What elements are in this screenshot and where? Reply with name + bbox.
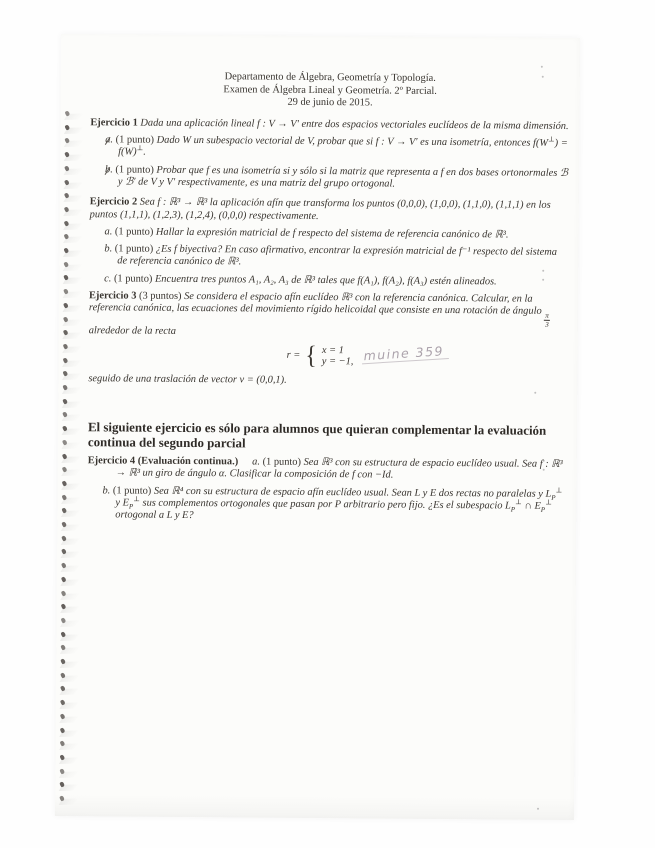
spiral-hole-mark — [59, 754, 64, 760]
item-points: (1 punto) — [113, 485, 151, 496]
spiral-hole-mark — [65, 111, 70, 117]
exercise3-formula-row: r = { x = 1 y = −1, muine 359 — [88, 343, 567, 374]
item-marker: c. — [104, 273, 111, 285]
spiral-hole-mark — [63, 343, 68, 349]
spiral-hole-mark — [62, 439, 67, 445]
exercise4-label: Ejercicio 4 (Evaluación continua.) — [88, 455, 239, 467]
exercise3-intro: Ejercicio 3 (3 puntos) Se considera el e… — [89, 290, 568, 341]
scanned-exam-page: Departamento de Álgebra, Geometría y Top… — [55, 34, 580, 820]
exercise2-item-c: c. (1 punto) Encuentra tres puntos A₁, A… — [104, 273, 568, 289]
spiral-hole-mark — [62, 412, 67, 418]
spiral-hole-mark — [62, 398, 67, 404]
spiral-hole-mark — [61, 535, 66, 541]
exercise2-intro: Ejercicio 2 Sea f : ℝ³ → ℝ³ la aplicació… — [90, 196, 569, 224]
equation-line-1: x = 1 — [322, 345, 354, 357]
scan-artifact-dot — [541, 66, 543, 68]
exercise1-label: Ejercicio 1 — [90, 117, 138, 128]
spiral-hole-mark — [63, 357, 68, 363]
handwritten-note: muine 359 — [361, 345, 448, 365]
spiral-hole-mark — [64, 124, 69, 130]
item-text: Encuentra tres puntos A₁, A₂, A₃ de ℝ³ t… — [155, 273, 497, 287]
scan-artifacts — [61, 34, 580, 38]
item-text: Hallar la expresión matricial de f respe… — [156, 227, 509, 241]
spiral-hole-mark — [60, 631, 65, 637]
item-points: (1 punto) — [114, 273, 152, 284]
exercise4-intro: Ejercicio 4 (Evaluación continua.)a. (1 … — [88, 455, 567, 483]
exercise1-statement: Dada una aplicación lineal f : V → V′ en… — [140, 117, 568, 131]
exercise4-item-b: b. (1 punto) Sea ℝ⁴ con su estructura de… — [102, 485, 566, 526]
spiral-hole-mark — [60, 700, 65, 706]
item-marker: b. — [104, 243, 112, 255]
item-marker: a. — [252, 456, 260, 468]
brace-icon: { — [305, 343, 317, 369]
spiral-hole-mark — [61, 521, 66, 527]
spiral-hole-mark — [59, 782, 64, 788]
spiral-hole-mark — [61, 549, 66, 555]
spiral-hole-mark — [64, 206, 69, 212]
exercise2-item-b: b. (1 punto) ¿Es f biyectiva? En caso af… — [104, 243, 568, 271]
spiral-hole-mark — [63, 275, 68, 281]
spiral-hole-mark — [60, 658, 65, 664]
spiral-hole-mark — [63, 316, 68, 322]
spiral-hole-mark — [64, 179, 69, 185]
exercise2-item-a: a. (1 punto) Hallar la expresión matrici… — [104, 226, 568, 242]
item-text: Probar que f es una isometría si y sólo … — [118, 164, 568, 189]
spiral-hole-mark — [63, 302, 68, 308]
spiral-hole-mark — [64, 152, 69, 158]
spiral-hole-mark — [62, 371, 67, 377]
spiral-hole-mark — [60, 741, 65, 747]
formula-lhs: r = — [287, 350, 301, 362]
spiral-hole-mark — [60, 713, 65, 719]
spiral-hole-mark — [62, 453, 67, 459]
exercise1-item-a: a. (1 punto) Dado W un subespacio vector… — [105, 134, 569, 162]
header-date: 29 de junio de 2015. — [90, 95, 569, 111]
exam-content: Departamento de Álgebra, Geometría y Top… — [87, 70, 570, 530]
line-equation: r = { x = 1 y = −1, — [287, 344, 354, 369]
exercise1-item-b: b. (1 punto) Probar que f es una isometr… — [105, 164, 569, 192]
spiral-hole-mark — [60, 645, 65, 651]
item-text: Dado W un subespacio vectorial de V, pro… — [118, 135, 568, 158]
exercise3-outro: seguido de una traslación de vector v = … — [88, 374, 567, 390]
spiral-hole-mark — [61, 604, 66, 610]
item-marker-crossed: b. — [105, 164, 113, 176]
item-text: Sea ℝ⁴ con su estructura de espacio afín… — [115, 485, 562, 521]
exercise2-statement: Sea f : ℝ³ → ℝ³ la aplicación afín que t… — [90, 197, 551, 222]
section-note-line2: continua del segundo parcial — [88, 436, 567, 455]
item-points: (1 punto) — [263, 457, 301, 468]
section-note: El siguiente ejercicio es sólo para alum… — [88, 420, 567, 455]
spiral-hole-mark — [63, 289, 68, 295]
spiral-hole-mark — [61, 563, 66, 569]
spiral-hole-mark — [60, 727, 65, 733]
item-points: (1 punto) — [116, 134, 154, 145]
spiral-hole-mark — [64, 234, 69, 240]
spiral-hole-mark — [60, 686, 65, 692]
spiral-hole-mark — [62, 426, 67, 432]
scan-artifact-dot — [537, 808, 539, 810]
exercise1-intro: Ejercicio 1 Dada una aplicación lineal f… — [90, 117, 569, 133]
exercise2-label: Ejercicio 2 — [90, 196, 138, 207]
spiral-hole-mark — [61, 494, 66, 500]
spiral-hole-mark — [62, 384, 67, 390]
item-marker-crossed: a. — [105, 134, 113, 146]
spiral-hole-mark — [62, 480, 67, 486]
spiral-hole-mark — [61, 590, 66, 596]
equation-line-2: y = −1, — [322, 357, 354, 369]
spiral-hole-mark — [59, 795, 64, 801]
item-marker: b. — [102, 485, 110, 497]
exam-header: Departamento de Álgebra, Geometría y Top… — [90, 70, 569, 112]
spiral-hole-mark — [61, 617, 66, 623]
spiral-hole-mark — [60, 672, 65, 678]
item-points: (1 punto) — [115, 226, 153, 237]
spiral-hole-mark — [61, 576, 66, 582]
exercise3-points: (3 puntos) — [139, 291, 182, 302]
spiral-hole-mark — [64, 220, 69, 226]
equation-system: x = 1 y = −1, — [322, 345, 354, 368]
item-text: ¿Es f biyectiva? En caso afirmativo, enc… — [117, 244, 557, 268]
spiral-hole-mark — [62, 467, 67, 473]
spiral-hole-mark — [63, 330, 68, 336]
spiral-hole-mark — [64, 165, 69, 171]
spiral-hole-mark — [64, 193, 69, 199]
spiral-hole-mark — [63, 247, 68, 253]
item-points: (1 punto) — [115, 164, 153, 175]
spiral-hole-mark — [64, 138, 69, 144]
exercise3-label: Ejercicio 3 — [89, 290, 137, 301]
spiral-hole-mark — [63, 261, 68, 267]
item-points: (1 punto) — [115, 244, 153, 255]
spiral-hole-mark — [59, 768, 64, 774]
spiral-hole-mark — [61, 508, 66, 514]
item-marker: a. — [104, 226, 112, 238]
